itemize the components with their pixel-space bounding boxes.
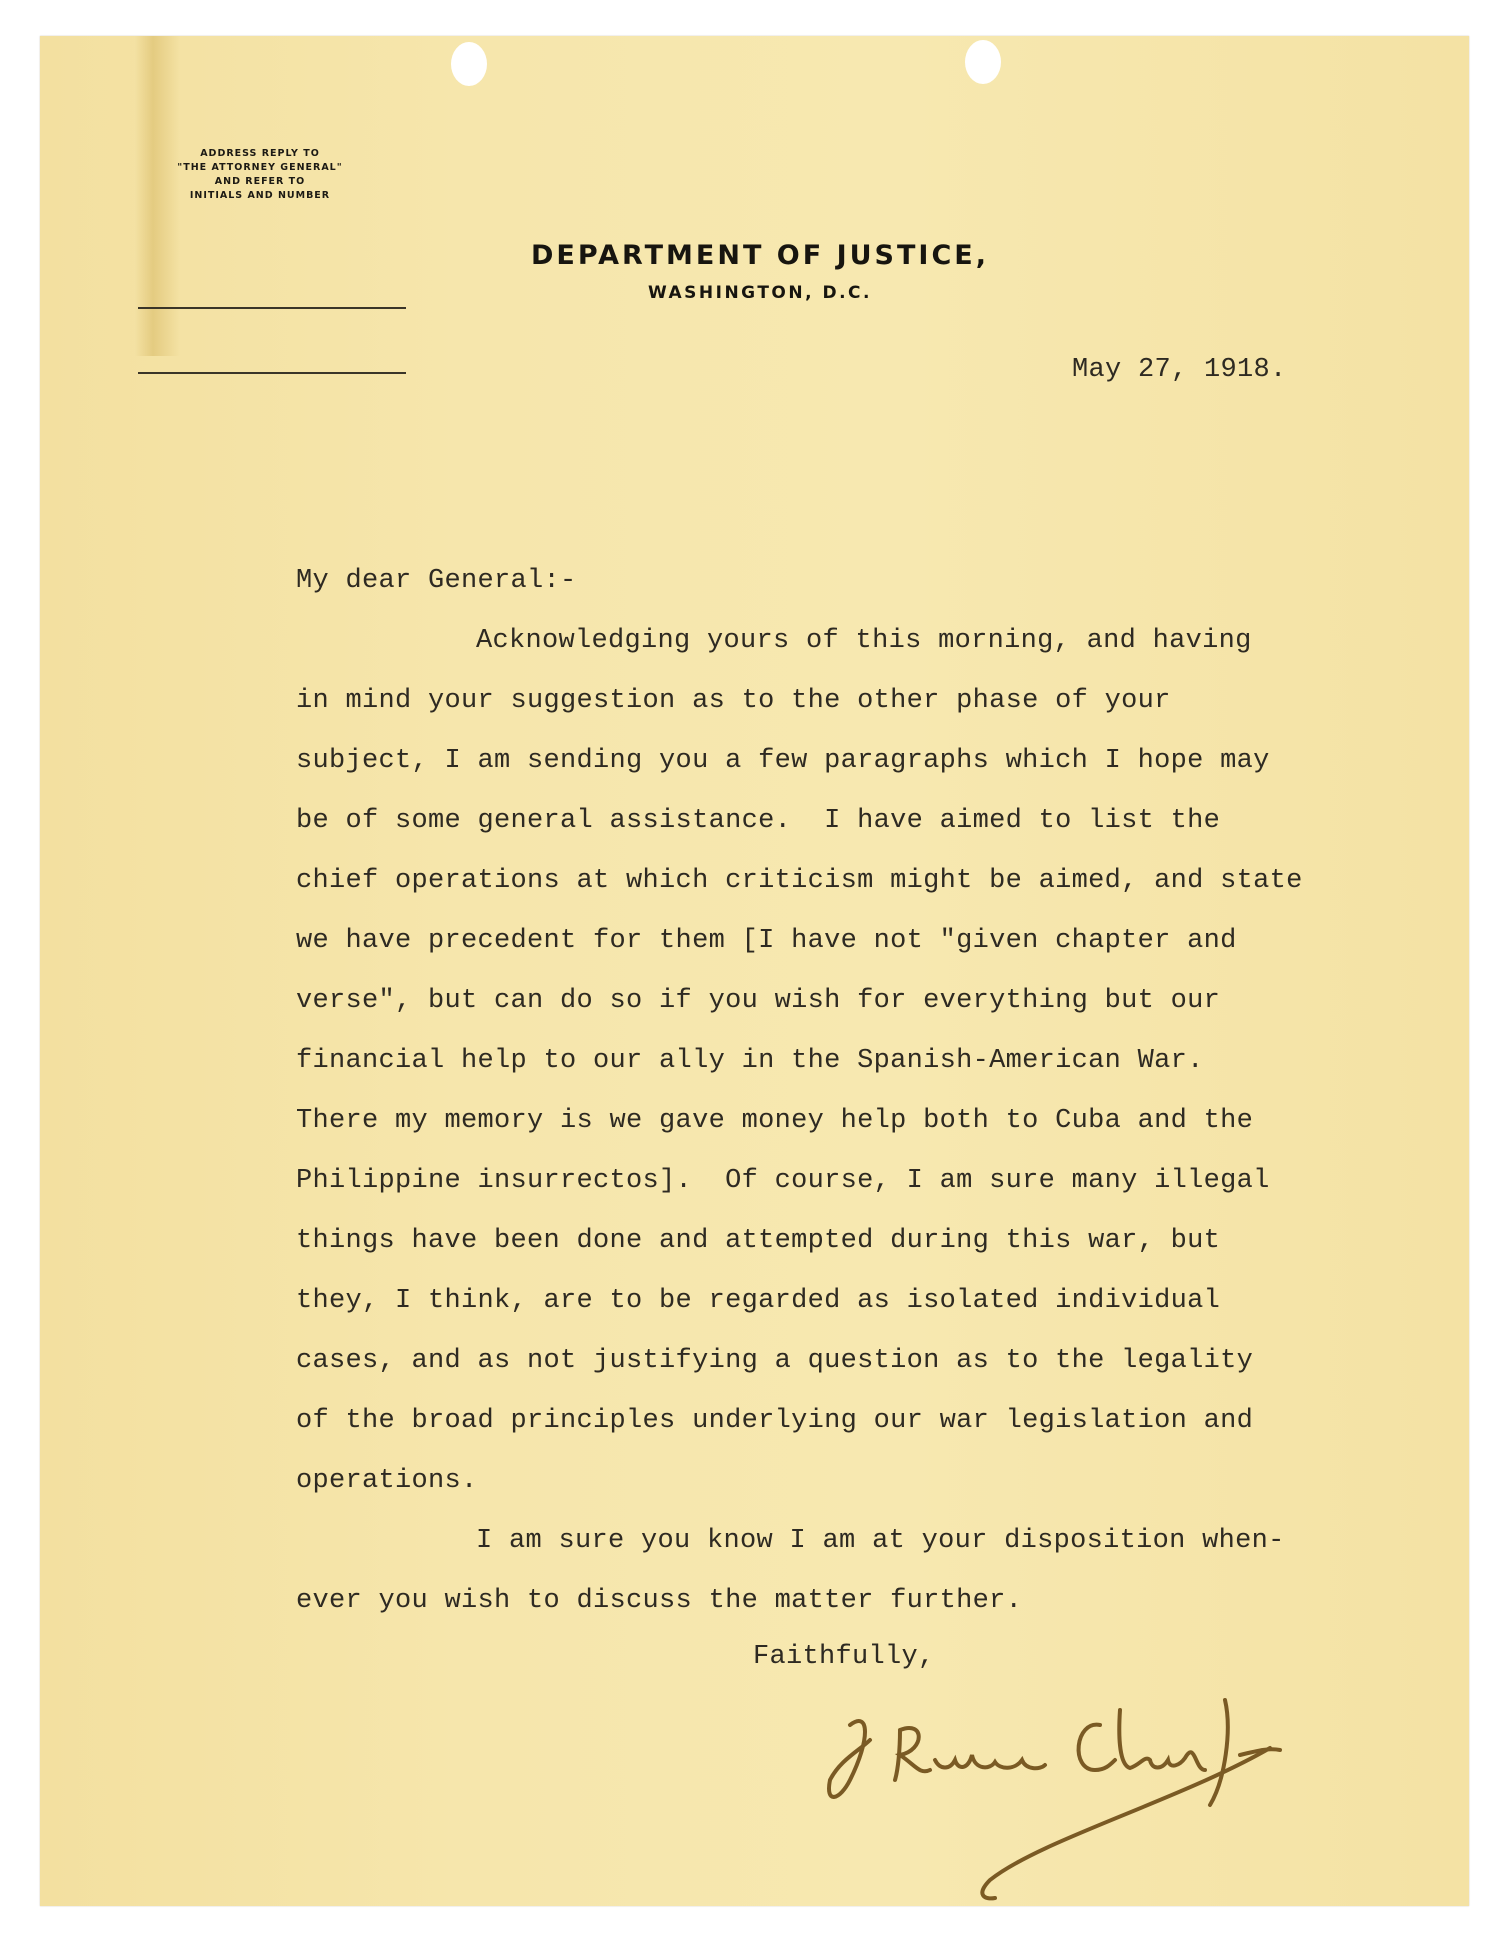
body-line: I am sure you know I am at your disposit…	[296, 1526, 1436, 1586]
body-line: things have been done and attempted duri…	[296, 1226, 1436, 1286]
punch-hole-right	[965, 40, 1001, 84]
address-note-line: AND REFER TO	[140, 175, 380, 189]
address-note-line: INITIALS AND NUMBER	[140, 189, 380, 203]
body-line: verse", but can do so if you wish for ev…	[296, 986, 1436, 1046]
salutation: My dear General:-	[296, 566, 577, 596]
body-line: ever you wish to discuss the matter furt…	[296, 1586, 1436, 1646]
closing: Faithfully,	[753, 1642, 935, 1672]
address-reply-note: ADDRESS REPLY TO "THE ATTORNEY GENERAL" …	[140, 147, 380, 203]
signature	[800, 1670, 1320, 1910]
letter-date: May 27, 1918.	[1072, 355, 1287, 385]
letterhead: DEPARTMENT OF JUSTICE, WASHINGTON, D.C.	[500, 240, 1020, 303]
body-line: cases, and as not justifying a question …	[296, 1346, 1436, 1406]
body-line: we have precedent for them [I have not "…	[296, 926, 1436, 986]
body-line: of the broad principles underlying our w…	[296, 1406, 1436, 1466]
address-note-line: "THE ATTORNEY GENERAL"	[140, 161, 380, 175]
body-line: Philippine insurrectos]. Of course, I am…	[296, 1166, 1436, 1226]
reference-line-2	[138, 372, 406, 374]
department-name: DEPARTMENT OF JUSTICE,	[500, 240, 1020, 271]
reference-line-1	[138, 307, 406, 309]
department-city: WASHINGTON, D.C.	[500, 283, 1020, 303]
body-line: There my memory is we gave money help bo…	[296, 1106, 1436, 1166]
body-line: chief operations at which criticism migh…	[296, 866, 1436, 926]
body-line: be of some general assistance. I have ai…	[296, 806, 1436, 866]
body-line: financial help to our ally in the Spanis…	[296, 1046, 1436, 1106]
body-line: in mind your suggestion as to the other …	[296, 686, 1436, 746]
body-line: Acknowledging yours of this morning, and…	[296, 626, 1436, 686]
punch-hole-left	[451, 42, 487, 86]
body-line: operations.	[296, 1466, 1436, 1526]
address-note-line: ADDRESS REPLY TO	[140, 147, 380, 161]
letter-body: Acknowledging yours of this morning, and…	[296, 626, 1436, 1646]
body-line: subject, I am sending you a few paragrap…	[296, 746, 1436, 806]
body-line: they, I think, are to be regarded as iso…	[296, 1286, 1436, 1346]
